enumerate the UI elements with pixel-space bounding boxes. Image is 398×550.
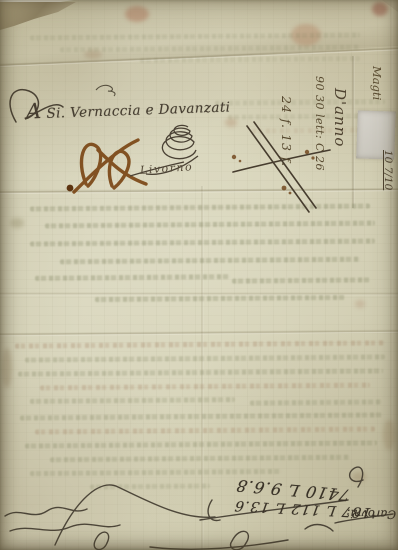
docket-annotation-lett: 90 30 lett: C 26 <box>313 76 326 212</box>
inverted-word-carovni: Carovni: <box>328 506 396 521</box>
bleedthrough-line <box>232 277 370 283</box>
bleedthrough-line <box>35 427 375 435</box>
stain <box>2 348 12 388</box>
bleedthrough-line <box>45 221 375 229</box>
bleedthrough-line <box>215 99 385 105</box>
docket-annotation-danno: D'anno <box>331 88 349 190</box>
bleedthrough-line <box>15 340 385 348</box>
fold-crease-lower <box>0 329 398 337</box>
stain <box>10 218 24 228</box>
bleedthrough-line <box>25 354 385 362</box>
paper-edge-line <box>390 0 393 550</box>
docket-annotation-magti: Magti <box>370 66 384 126</box>
stain <box>372 2 388 16</box>
bleedthrough-line <box>50 455 350 463</box>
bleedthrough-line <box>60 257 360 265</box>
destination: Livorno <box>140 160 194 177</box>
bleedthrough-line <box>250 399 382 405</box>
bleedthrough-line <box>40 383 370 391</box>
stain <box>355 300 365 308</box>
bleedthrough-line <box>90 483 210 489</box>
stain <box>125 6 149 22</box>
stain <box>352 472 366 482</box>
tb-flourish-icon <box>96 85 115 96</box>
letter-sheet: A Si. Vernaccia e Davanzati Livorno 24 f… <box>0 0 398 550</box>
postal-rate-annotation: 24 f. 13 f. <box>279 96 294 192</box>
bleedthrough-line <box>30 397 235 404</box>
bleedthrough-line <box>140 56 360 63</box>
bleedthrough-line <box>30 469 282 476</box>
bleedthrough-line <box>95 295 345 302</box>
paraph-mark-icon <box>74 140 146 192</box>
fraction-annotation: 10 7/10 <box>382 150 394 196</box>
stain <box>383 420 395 450</box>
address-line: A Si. Vernaccia e Davanzati <box>26 92 231 123</box>
